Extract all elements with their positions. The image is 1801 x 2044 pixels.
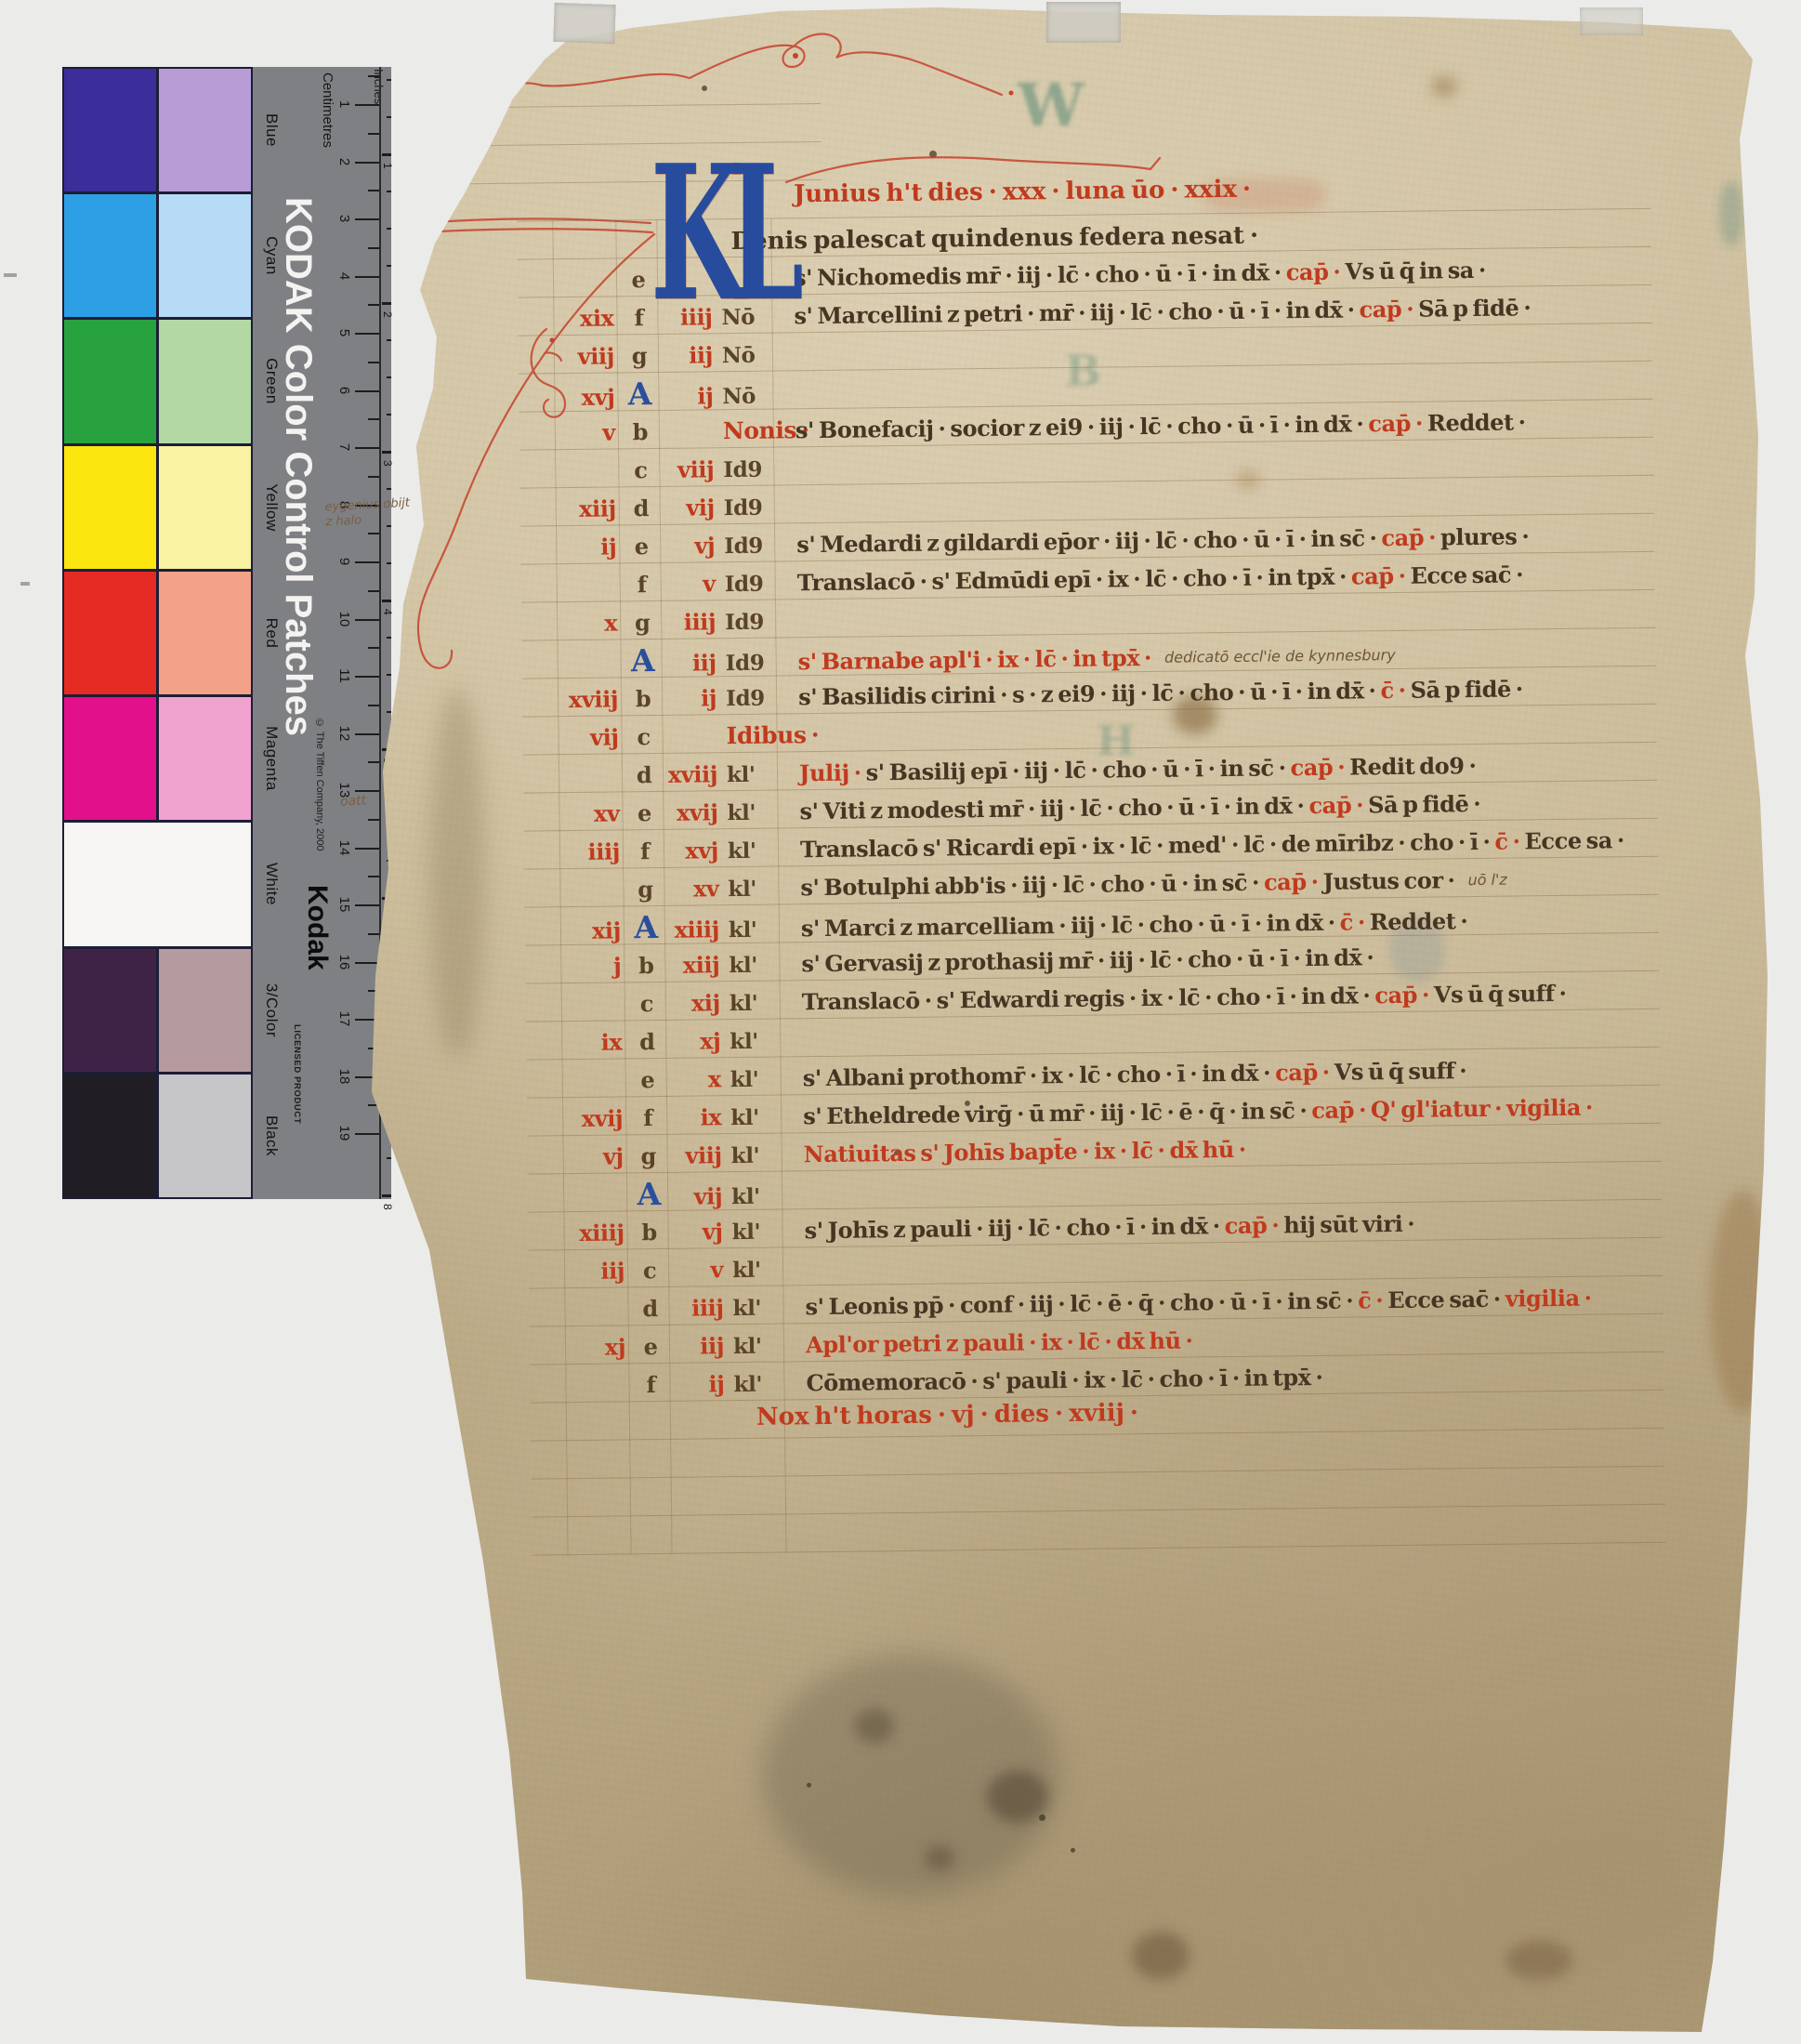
golden-number: j (542, 946, 626, 985)
entry-segment: s' Viti z modesti mr̄ · iij · lc̄ · cho … (799, 792, 1304, 824)
entry-segment: Ecce sac̄ · (1383, 1286, 1501, 1313)
day-number (664, 744, 721, 745)
entry-segment: s' Basilidis cirini · s · z ei9 · iij · … (798, 677, 1376, 710)
calendar-mark: Id9 (718, 488, 796, 527)
inch-number: 8 (381, 1204, 394, 1210)
day-number: viij (667, 1136, 725, 1175)
golden-number (536, 478, 621, 479)
patch-yellow-pastel (159, 446, 251, 569)
golden-number: xvj (535, 377, 620, 416)
patch-row-3-color (64, 949, 251, 1072)
golden-number: vij (539, 718, 624, 757)
calendar-mark: kl' (724, 983, 802, 1022)
day-number: iij (670, 1326, 728, 1365)
inch-tick-minor (387, 265, 391, 267)
patch-3-color-pastel (159, 949, 251, 1072)
fly-speck (1039, 1814, 1045, 1821)
patch-row-green (64, 320, 251, 442)
stain (925, 1845, 954, 1871)
stain (1132, 1932, 1190, 1980)
entry-segment: cap̄ · (1363, 410, 1423, 438)
golden-number (545, 1205, 629, 1206)
ruled-line (467, 103, 821, 108)
golden-number: x (538, 603, 623, 642)
entry-segment: cap̄ · (1282, 258, 1341, 286)
scan-background: KODAK Color Control Patches © The Tiffen… (0, 0, 1801, 2044)
day-number: ix (667, 1098, 725, 1137)
entry-segment: s' Marci z marcelliam · iij · lc̄ · cho … (801, 909, 1335, 943)
inch-tick-minor (387, 339, 391, 341)
patch-green-saturated (64, 320, 156, 442)
entry-segment: cap̄ · (1259, 868, 1319, 896)
calendar-mark: Id9 (719, 643, 797, 682)
patch-blue-pastel (159, 69, 251, 191)
inch-number: 4 (381, 609, 394, 615)
dominical-letter: d (622, 489, 661, 527)
golden-number: xij (542, 911, 626, 950)
inch-tick-minor (387, 116, 391, 118)
fly-speck (807, 1783, 811, 1787)
patch-row-yellow (64, 446, 251, 569)
patch-black-saturated (64, 1075, 156, 1197)
entry-segment: Redit do9 · (1345, 752, 1477, 781)
patch-row-magenta (64, 697, 251, 820)
entry-segment: s' Basilij epī · iij · lc̄ · cho · ū · ī… (861, 754, 1286, 785)
inch-tick-minor (387, 488, 391, 490)
day-number (660, 439, 717, 440)
inch-number: 3 (381, 460, 394, 467)
patch-row-blue (64, 69, 251, 191)
golden-number (538, 592, 623, 593)
golden-number: iij (546, 1251, 630, 1290)
dominical-letter: b (621, 413, 660, 451)
golden-number: viij (535, 336, 620, 376)
entry-segment: cap̄ · Q' gl'iatur · (1307, 1095, 1502, 1124)
feast-entry (799, 732, 1739, 743)
golden-number (539, 671, 624, 672)
golden-number: xiij (537, 489, 622, 528)
entry-segment: Ecce sac̄ · (1405, 560, 1523, 588)
calendar-mark: kl' (724, 1022, 802, 1061)
entry-segment: Sā p fidē · (1363, 790, 1480, 818)
patch-cyan-pastel (159, 194, 251, 317)
patch-red-pastel (159, 572, 251, 694)
entry-segment: vigilia · (1502, 1094, 1593, 1122)
patch-white (64, 823, 251, 945)
feast-entry (805, 1266, 1744, 1276)
entry-segment: dedicatō eccl'ie de kynnesbury (1164, 646, 1396, 666)
entry-segment: cap̄ · (1304, 791, 1363, 819)
inch-tick-minor (387, 376, 391, 378)
entry-segment: s' Barnabe apl'i · ix · lc̄ · in tpx̄ · (798, 644, 1152, 675)
calendar-mark: kl' (727, 1288, 805, 1327)
entry-segment: Julij · (799, 758, 861, 786)
golden-number (542, 897, 626, 898)
day-number: ij (670, 1365, 728, 1404)
day-number: vj (668, 1212, 726, 1251)
entry-segment: c̄ · (1335, 908, 1365, 935)
calendar-mark: kl' (722, 831, 800, 870)
entry-segment: Sā p fidē · (1405, 675, 1522, 703)
entry-segment: Reddet · (1365, 907, 1468, 935)
entry-segment: cap̄ · (1370, 982, 1429, 1009)
dominical-letter: g (625, 870, 664, 908)
calendar-mark: kl' (725, 1060, 803, 1099)
calendar-mark: Id9 (719, 564, 797, 603)
dominical-letter: A (626, 908, 665, 946)
inch-tick (382, 1194, 391, 1197)
dominical-letter: d (627, 1022, 666, 1061)
dominical-letter: f (625, 832, 664, 870)
patch-grid (62, 67, 253, 1199)
entry-segment: s' Botulphi abb'is · iij · lc̄ · cho · ū… (800, 869, 1259, 902)
calendar-mark: kl' (725, 1098, 803, 1137)
entry-segment: Sā p fidē · (1413, 294, 1531, 322)
entry-segment: s' Johīs z pauli · iij · lc̄ · cho · ī ·… (804, 1212, 1219, 1244)
entry-segment: cap̄ · (1354, 296, 1413, 323)
tape (553, 3, 615, 44)
entry-segment: s' Etheldrede virḡ · ū mr̄ · iij · lc̄ ·… (803, 1097, 1307, 1129)
calendar-mark: Idibus · (720, 716, 798, 755)
feast-entry (795, 466, 1735, 476)
calendar-mark: kl' (723, 910, 801, 949)
inch-tick (382, 451, 391, 454)
patch-row-red (64, 572, 251, 694)
ruled-line (532, 1542, 1666, 1556)
golden-number (547, 1392, 632, 1393)
entry-segment: s' Leonis pp̄ · conf · iij · lc̄ · ē · q… (805, 1287, 1353, 1321)
gray-strip: KODAK Color Control Patches © The Tiffen… (253, 67, 391, 1199)
entry-segment: cap̄ · (1347, 562, 1406, 590)
calendar-mark: kl' (726, 1212, 804, 1251)
feast-entry (797, 618, 1737, 628)
calendar-mark: Nonis · (717, 411, 795, 450)
kodak-color-bar: KODAK Color Control Patches © The Tiffen… (62, 67, 391, 1199)
fly-speck (1071, 1848, 1075, 1853)
day-number: iiij (669, 1288, 727, 1327)
golden-number (546, 1316, 631, 1317)
month-title-line: Junius h't dies · xxx · luna ūo · xxix · (794, 176, 1251, 209)
entry-segment: s' Gervasij z prothasij mr̄ · iij · lc̄ … (801, 943, 1374, 977)
golden-number: vj (544, 1137, 628, 1176)
entry-segment: Apl'or petri z pauli · ix · lc̄ · dx̄ hū… (806, 1326, 1193, 1358)
entry-segment: Natiuitas s' Johīs bapt̄e · ix · lc̄ · d… (804, 1136, 1246, 1167)
day-number: x (667, 1060, 725, 1099)
dominical-letter: c (621, 451, 660, 489)
day-number: vj (661, 526, 718, 565)
calendar-mark: Id9 (719, 602, 797, 641)
dominical-letter: f (623, 565, 662, 603)
entry-segment: uō l'z (1467, 871, 1506, 889)
inch-tick-minor (387, 79, 391, 81)
feast-entry (796, 504, 1736, 514)
calendar-mark: Nō (716, 376, 795, 415)
entry-segment: s' Albani prothomr̄ · ix · lc̄ · cho · ī… (803, 1060, 1271, 1092)
stain (1505, 1941, 1572, 1980)
patch-green-pastel (159, 320, 251, 442)
entry-segment: vigilia · (1501, 1285, 1592, 1312)
entry-segment: c̄ · (1375, 677, 1405, 704)
golden-number: ij (537, 527, 622, 566)
calendar-mark: kl' (721, 755, 799, 794)
entry-segment: Vs ū q̄ in sa · (1340, 257, 1486, 285)
day-number: viij (660, 450, 717, 489)
day-number: iiij (662, 602, 719, 641)
dominical-letter: A (623, 641, 662, 679)
day-number: vij (668, 1177, 726, 1216)
golden-number: xvij (544, 1099, 628, 1138)
golden-number (544, 1088, 628, 1088)
inch-tick-minor (387, 1157, 391, 1159)
day-number: xiij (665, 945, 723, 984)
patch-blue-saturated (64, 69, 156, 191)
scanner-mark (20, 582, 30, 586)
daylight-hours-line: Nox h't horas · vj · dies · xviij · (756, 1399, 1138, 1431)
golden-number: iiij (541, 832, 625, 871)
entry-segment: hij sūt viri · (1279, 1210, 1414, 1239)
patch-red-saturated (64, 572, 156, 694)
dominical-letter: e (628, 1061, 667, 1099)
golden-number (540, 783, 624, 784)
dominical-letter: b (626, 946, 665, 984)
ruled-line (532, 1504, 1665, 1518)
stain (855, 1708, 894, 1744)
marginal-obit-line2: z halo (325, 511, 411, 531)
day-number: xij (666, 983, 724, 1022)
entry-segment: Justus cor · (1318, 866, 1454, 895)
patch-magenta-saturated (64, 697, 156, 820)
golden-number: xix (534, 298, 619, 337)
day-number: iij (662, 643, 719, 682)
day-number: xj (666, 1022, 724, 1061)
dominical-letter: f (631, 1365, 670, 1404)
inch-number: 2 (381, 311, 394, 318)
entry-segment: Vs ū q̄ suff · (1330, 1057, 1467, 1086)
dominical-letter: d (624, 756, 664, 794)
dominical-letter: c (627, 984, 666, 1022)
entry-segment: Translacō · s' Edwardi regis · ix · lc̄ … (802, 982, 1371, 1015)
day-number: xvij (664, 793, 721, 832)
scanner-mark (4, 273, 17, 277)
dominical-letter: b (629, 1213, 668, 1251)
day-number: xviij (664, 755, 721, 794)
day-number: xv (664, 869, 722, 908)
inch-tick (382, 153, 391, 156)
day-number: ij (663, 679, 720, 718)
patch-black-pastel (159, 1075, 251, 1197)
patch-row-cyan (64, 194, 251, 317)
feast-entry (802, 1037, 1742, 1048)
inch-ruler: 12345678 (253, 67, 391, 1199)
inch-tick-minor (387, 414, 391, 415)
patch-yellow-saturated (64, 446, 156, 569)
calendar-mark: kl' (728, 1365, 806, 1404)
inch-tick-minor (387, 674, 391, 676)
inch-tick-minor (387, 711, 391, 713)
entry-segment: c̄ · (1353, 1286, 1383, 1313)
dominical-letter: A (629, 1175, 668, 1213)
entry-segment: Vs ū q̄ suff · (1429, 980, 1567, 1009)
ruled-line (532, 1466, 1665, 1480)
golden-number: xv (540, 794, 624, 833)
day-number: xvj (664, 831, 722, 870)
calendar-mark: kl' (722, 869, 800, 908)
entry-segment: plures · (1436, 522, 1530, 550)
golden-number: xj (546, 1327, 631, 1366)
day-number: vij (661, 488, 718, 527)
entry-segment: s' Medardi z gildardi ep̄or · iij · lc̄ … (796, 524, 1377, 558)
dominical-letter: c (624, 718, 663, 756)
calendar-mark: kl' (723, 945, 801, 984)
patch-magenta-pastel (159, 697, 251, 820)
patch-row-black (64, 1075, 251, 1197)
inch-tick-minor (387, 228, 391, 230)
inch-tick-minor (387, 637, 391, 639)
golden-number: xviij (539, 679, 624, 719)
entry-segment: cap̄ · (1376, 523, 1436, 551)
inch-tick-minor (387, 191, 391, 192)
tape (1580, 7, 1643, 35)
patch-cyan-saturated (64, 194, 156, 317)
inch-tick (382, 600, 391, 602)
dominical-letter: e (631, 1327, 670, 1365)
calendar-mark: kl' (726, 1177, 804, 1216)
kl-initial: KL (651, 141, 788, 327)
ruled-line (531, 1428, 1664, 1442)
day-number: xiiij (665, 910, 723, 949)
calendar-mark: kl' (728, 1326, 806, 1365)
entry-segment: Ecce sa · (1519, 826, 1624, 854)
stain (429, 688, 485, 1060)
entry-segment: cap̄ · (1220, 1211, 1280, 1239)
dominical-letter: e (622, 527, 661, 565)
dominical-letter: A (620, 375, 659, 413)
day-number: v (661, 564, 718, 603)
dominical-letter: e (624, 794, 664, 832)
golden-number (543, 1011, 627, 1012)
marginal-obit-note: eygenius obijt z halo (324, 496, 411, 531)
golden-number: ix (543, 1022, 627, 1062)
entry-segment: Translacō · s' Edmūdi epī · ix · lc̄ · c… (797, 563, 1347, 597)
calendar-mark: kl' (727, 1250, 805, 1289)
entry-segment: Cōmemoracō · s' pauli · ix · lc̄ · cho ·… (806, 1364, 1322, 1396)
dominical-letter: g (623, 603, 662, 641)
dominical-letter: c (630, 1251, 669, 1289)
inch-tick (382, 302, 391, 305)
entry-segment: c̄ · (1490, 827, 1519, 854)
entry-segment: s' Marcellini z petri · mr̄ · iij · lc̄ … (794, 296, 1354, 329)
patch-3-color-saturated (64, 949, 156, 1072)
dominical-letter: g (628, 1137, 667, 1175)
dominical-letter: f (628, 1099, 667, 1137)
inch-tick-minor (387, 562, 391, 564)
golden-number: v (536, 413, 621, 452)
entry-segment: cap̄ · (1270, 1059, 1330, 1087)
day-number: ij (659, 376, 716, 415)
entry-segment: cap̄ · (1285, 754, 1345, 782)
feast-entry (795, 351, 1734, 362)
golden-number: xiiij (545, 1213, 629, 1252)
calendar-mark: kl' (725, 1136, 803, 1175)
inch-number: 1 (381, 163, 394, 169)
marginal-note: oatt (340, 793, 367, 811)
dominical-letter: d (630, 1289, 669, 1327)
day-number: v (669, 1250, 727, 1289)
entry-segment: s' Nichomedis mr̄ · iij · lc̄ · cho · ū … (794, 258, 1282, 291)
entry-segment: Translacō s' Ricardi epī · ix · lc̄ · me… (800, 828, 1491, 863)
calendar-mark: Id9 (717, 450, 795, 489)
entry-segment: Reddet · (1423, 408, 1526, 436)
tape (1046, 2, 1121, 43)
patch-row-white (64, 823, 251, 945)
calendar-mark: kl' (721, 793, 799, 832)
golden-number (534, 287, 619, 288)
calendar-mark: Id9 (718, 526, 796, 565)
dominical-letter: b (624, 679, 663, 718)
calendar-mark: Id9 (720, 679, 798, 718)
entry-segment: s' Bonefacij · socior z ei9 · iij · lc̄ … (795, 410, 1364, 443)
